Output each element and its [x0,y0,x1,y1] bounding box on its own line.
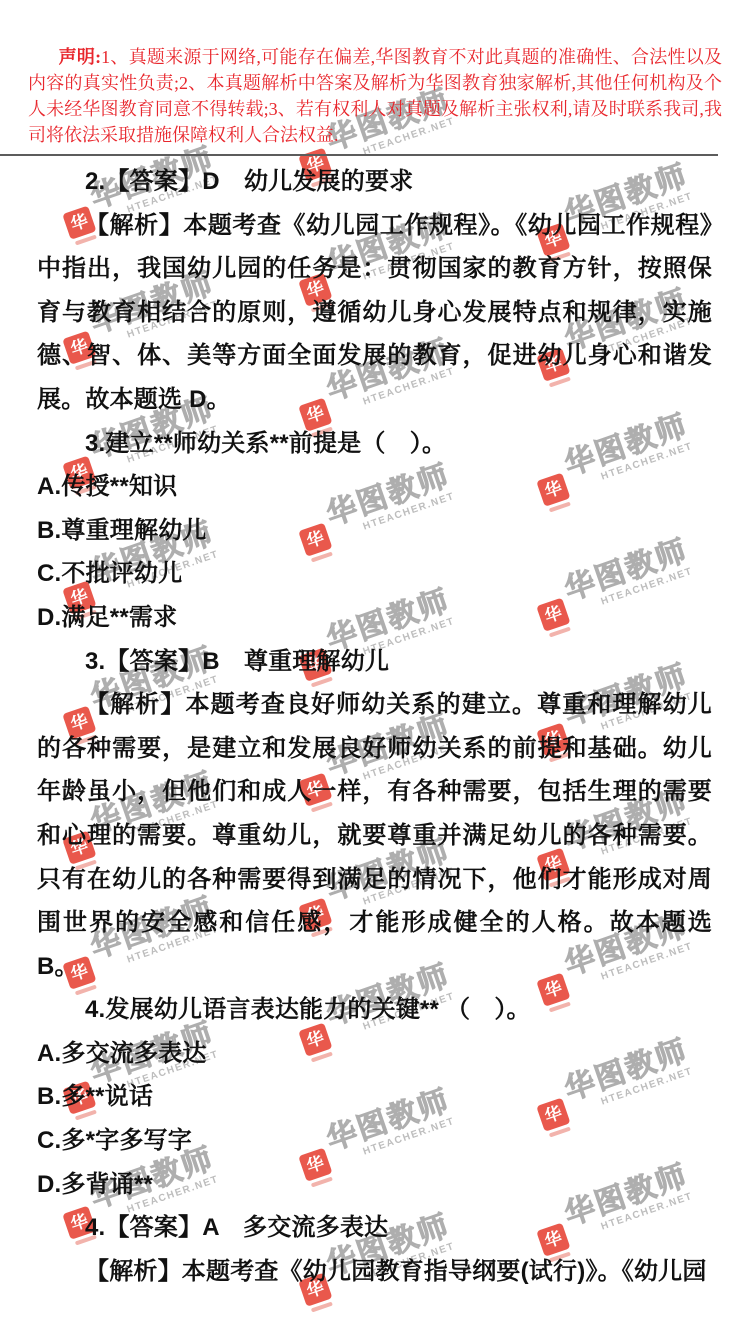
disclaimer: 声明:1、真题来源于网络,可能存在偏差,华图教育不对此真题的准确性、合法性以及内… [0,0,748,148]
question-stem-q3: 3.建立**师幼关系**前提是（ ）。 [37,422,712,466]
analysis-q4: 【解析】本题考查《幼儿园教育指导纲要(试行)》。《幼儿园 [37,1250,712,1294]
document-body: 声明:1、真题来源于网络,可能存在偏差,华图教育不对此真题的准确性、合法性以及内… [0,0,748,1335]
analysis-q2: 【解析】本题考查《幼儿园工作规程》。《幼儿园工作规程》中指出，我国幼儿园的任务是… [37,204,712,422]
document-page: 华华图教师HTEACHER.NET华华图教师HTEACHER.NET华华图教师H… [0,0,748,1335]
option-q4-d: D.多背诵** [37,1163,712,1207]
answer-line-q2: 2.【答案】D 幼儿发展的要求 [37,160,712,204]
option-q4-a: A.多交流多表达 [37,1032,712,1076]
option-q3-c: C.不批评幼儿 [37,552,712,596]
question-stem-q4: 4.发展幼儿语言表达能力的关键** （ ）。 [37,988,712,1032]
answer-line-q4: 4.【答案】A 多交流多表达 [37,1206,712,1250]
exam-text: 2.【答案】D 幼儿发展的要求【解析】本题考查《幼儿园工作规程》。《幼儿园工作规… [0,158,748,1293]
option-q3-d: D.满足**需求 [37,596,712,640]
disclaimer-text: 1、真题来源于网络,可能存在偏差,华图教育不对此真题的准确性、合法性以及内容的真… [28,47,722,145]
analysis-q3: 【解析】本题考查良好师幼关系的建立。尊重和理解幼儿的各种需要，是建立和发展良好师… [37,683,712,988]
divider [0,154,718,156]
option-q4-c: C.多*字多写字 [37,1119,712,1163]
disclaimer-label: 声明: [59,47,102,67]
answer-line-q3: 3.【答案】B 尊重理解幼儿 [37,640,712,684]
option-q3-b: B.尊重理解幼儿 [37,509,712,553]
option-q4-b: B.多**说话 [37,1075,712,1119]
option-q3-a: A.传授**知识 [37,465,712,509]
